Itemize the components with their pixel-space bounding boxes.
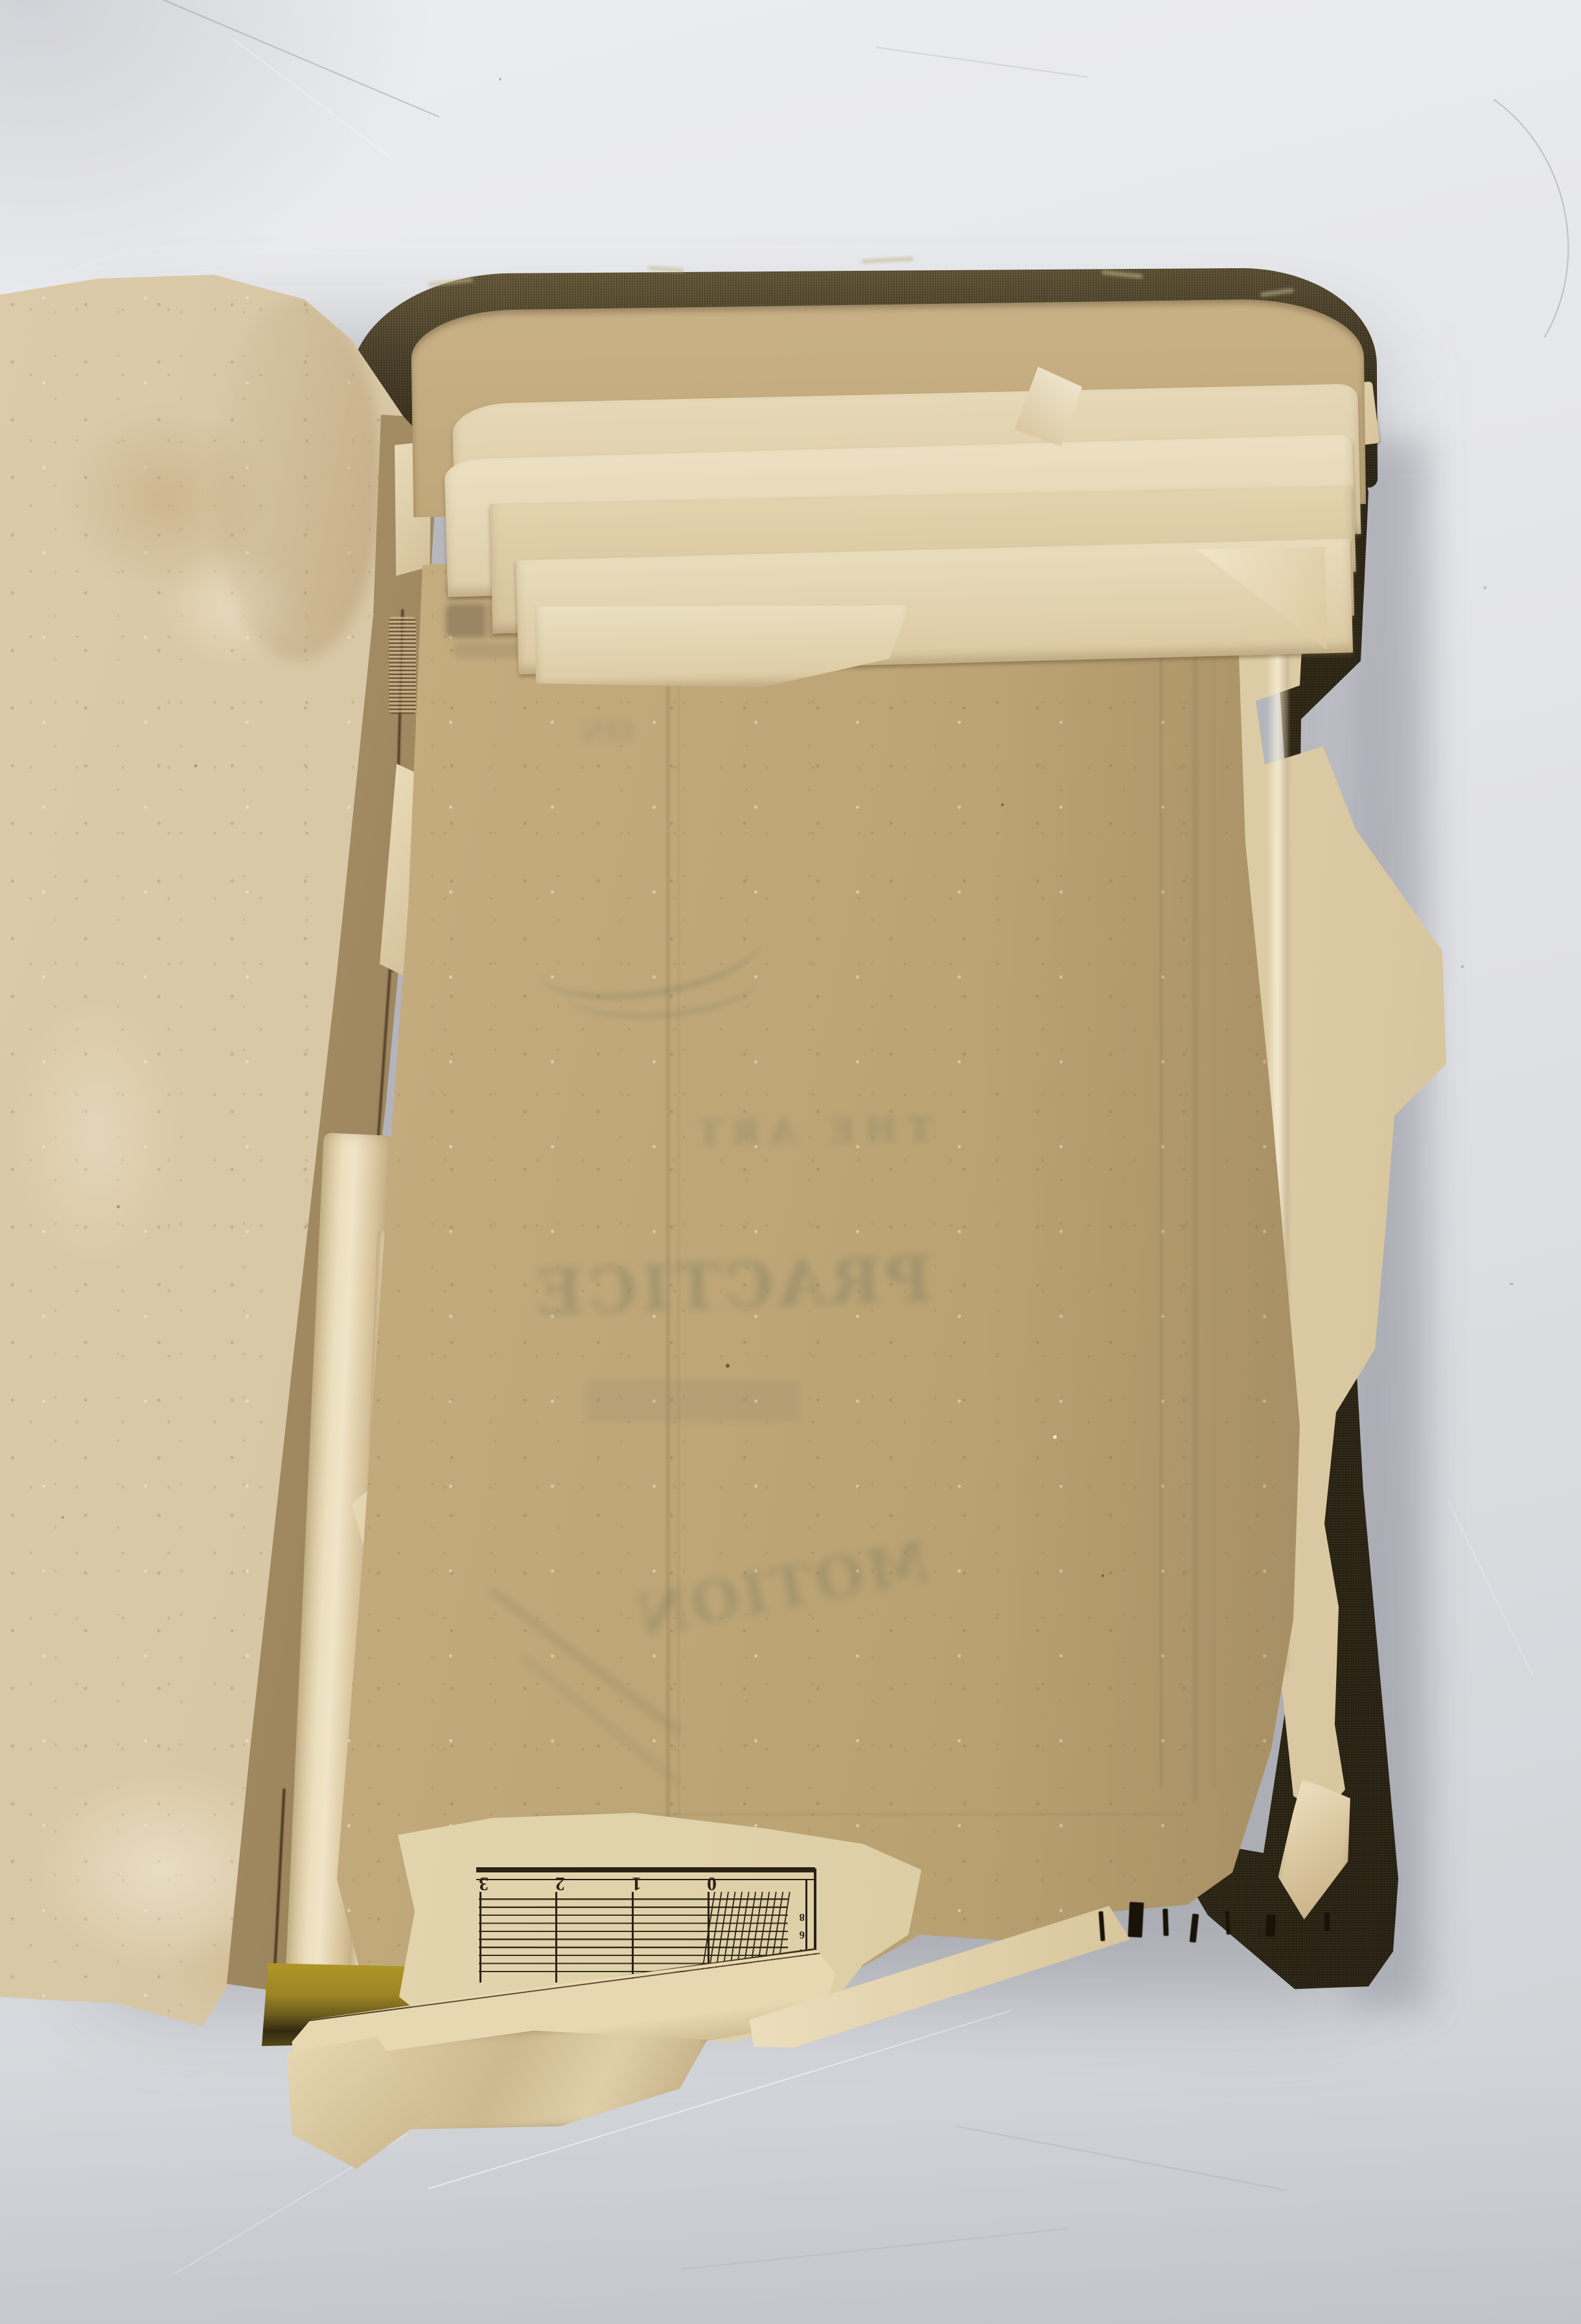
fox-spot xyxy=(1001,803,1004,806)
plate-mark-line xyxy=(666,596,670,1840)
fox-spot xyxy=(117,1205,120,1208)
print-mark xyxy=(1128,1902,1144,1937)
plate-mark-line xyxy=(1192,616,1198,1801)
grid-side-number: 6 xyxy=(800,1928,805,1941)
spine-mesh xyxy=(389,617,416,714)
gutter-shading xyxy=(214,298,382,661)
frayed-fiber xyxy=(862,257,914,264)
grid-axis-line xyxy=(479,1892,481,1983)
fox-spot xyxy=(62,1516,64,1519)
fox-spot xyxy=(726,1364,730,1368)
grid-frame-thick-rule xyxy=(476,1867,815,1872)
fox-spot xyxy=(194,765,197,767)
grid-axis-line xyxy=(555,1892,557,1983)
grid-axis-number: 0 xyxy=(707,1872,717,1894)
print-mark xyxy=(1324,1913,1330,1931)
page-stain xyxy=(13,998,181,1270)
grid-axis-number: 2 xyxy=(555,1872,565,1894)
plate-mark-line xyxy=(1160,616,1162,1788)
light-fleck xyxy=(1053,1435,1057,1439)
grid-frame-thin-rule xyxy=(476,1879,815,1881)
ghost-print-smudge: ON xyxy=(579,713,634,750)
fox-spot xyxy=(1102,1574,1104,1577)
ghost-print-smudge: PRACTICE xyxy=(531,1242,933,1329)
grid-side-number: 8 xyxy=(800,1911,805,1924)
ghost-print-smudge: THE ART xyxy=(686,1110,932,1154)
plate-mark-line xyxy=(678,609,680,1827)
photograph-open-antique-book: ON THE ART PRACTICE MOTION xyxy=(0,0,1581,2324)
print-mark xyxy=(1265,1915,1275,1937)
grid-axis-number: 1 xyxy=(632,1872,641,1894)
grid-axis-number: 3 xyxy=(479,1872,489,1894)
grid-axis-line xyxy=(632,1892,634,1983)
print-mark xyxy=(1162,1909,1168,1936)
plate-mark-line xyxy=(1213,622,1215,1788)
ghost-print-blur xyxy=(586,1380,800,1421)
